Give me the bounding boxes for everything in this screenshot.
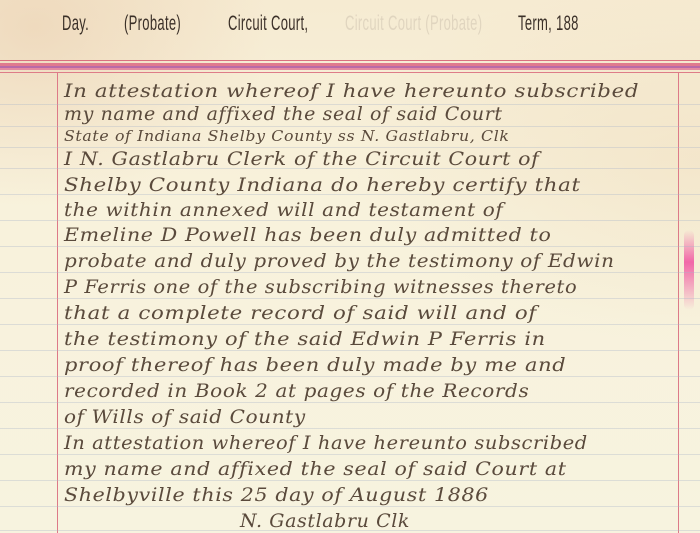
- header-term-label: Term, 188: [518, 12, 579, 36]
- printed-header: Day. (Probate) Circuit Court, Circuit Co…: [0, 8, 700, 42]
- record-line: the testimony of the said Edwin P Ferris…: [64, 328, 700, 350]
- ruled-line: [0, 246, 700, 247]
- ruled-line: [0, 454, 700, 455]
- header-rule-line: [0, 68, 700, 70]
- ruled-line: [0, 506, 700, 507]
- record-line: State of Indiana Shelby County ss N. Gas…: [64, 127, 700, 145]
- left-margin-line: [57, 72, 58, 533]
- record-line: I N. Gastlabru Clerk of the Circuit Cour…: [64, 148, 700, 170]
- ruled-line: [0, 480, 700, 481]
- header-court-label: Circuit Court,: [228, 12, 308, 36]
- record-line: probate and duly proved by the testimony…: [64, 250, 700, 272]
- record-line: Shelby County Indiana do hereby certify …: [64, 174, 700, 196]
- record-line: Emeline D Powell has been duly admitted …: [64, 224, 700, 246]
- record-line: my name and affixed the seal of said Cou…: [64, 458, 700, 480]
- record-line: In attestation whereof I have hereunto s…: [64, 432, 700, 454]
- record-line: Shelbyville this 25 day of August 1886: [64, 484, 700, 506]
- header-rule-line: [0, 72, 700, 73]
- record-line: the within annexed will and testament of: [64, 199, 700, 221]
- ruled-line: [0, 350, 700, 351]
- header-bleedthrough-text: Circuit Court (Probate): [345, 12, 482, 36]
- record-line: of Wills of said County: [64, 406, 700, 428]
- ruled-line: [0, 324, 700, 325]
- ruled-line: [0, 376, 700, 377]
- header-rule-line: [0, 60, 700, 61]
- record-line: P Ferris one of the subscribing witnesse…: [64, 276, 700, 298]
- ruled-line: [0, 298, 700, 299]
- header-probate-label: (Probate): [124, 12, 181, 36]
- record-line: proof thereof has been duly made by me a…: [64, 354, 700, 376]
- ruled-line: [0, 402, 700, 403]
- record-line: that a complete record of said will and …: [64, 302, 700, 324]
- ruled-line: [0, 272, 700, 273]
- ledger-page: Day. (Probate) Circuit Court, Circuit Co…: [0, 0, 700, 533]
- record-line: my name and affixed the seal of said Cou…: [64, 103, 694, 125]
- record-line: recorded in Book 2 at pages of the Recor…: [64, 380, 700, 402]
- record-line: In attestation whereof I have hereunto s…: [64, 80, 700, 102]
- clerk-signature: N. Gastlabru Clk: [240, 510, 700, 532]
- ruled-line: [0, 428, 700, 429]
- header-day-label: Day.: [62, 12, 89, 36]
